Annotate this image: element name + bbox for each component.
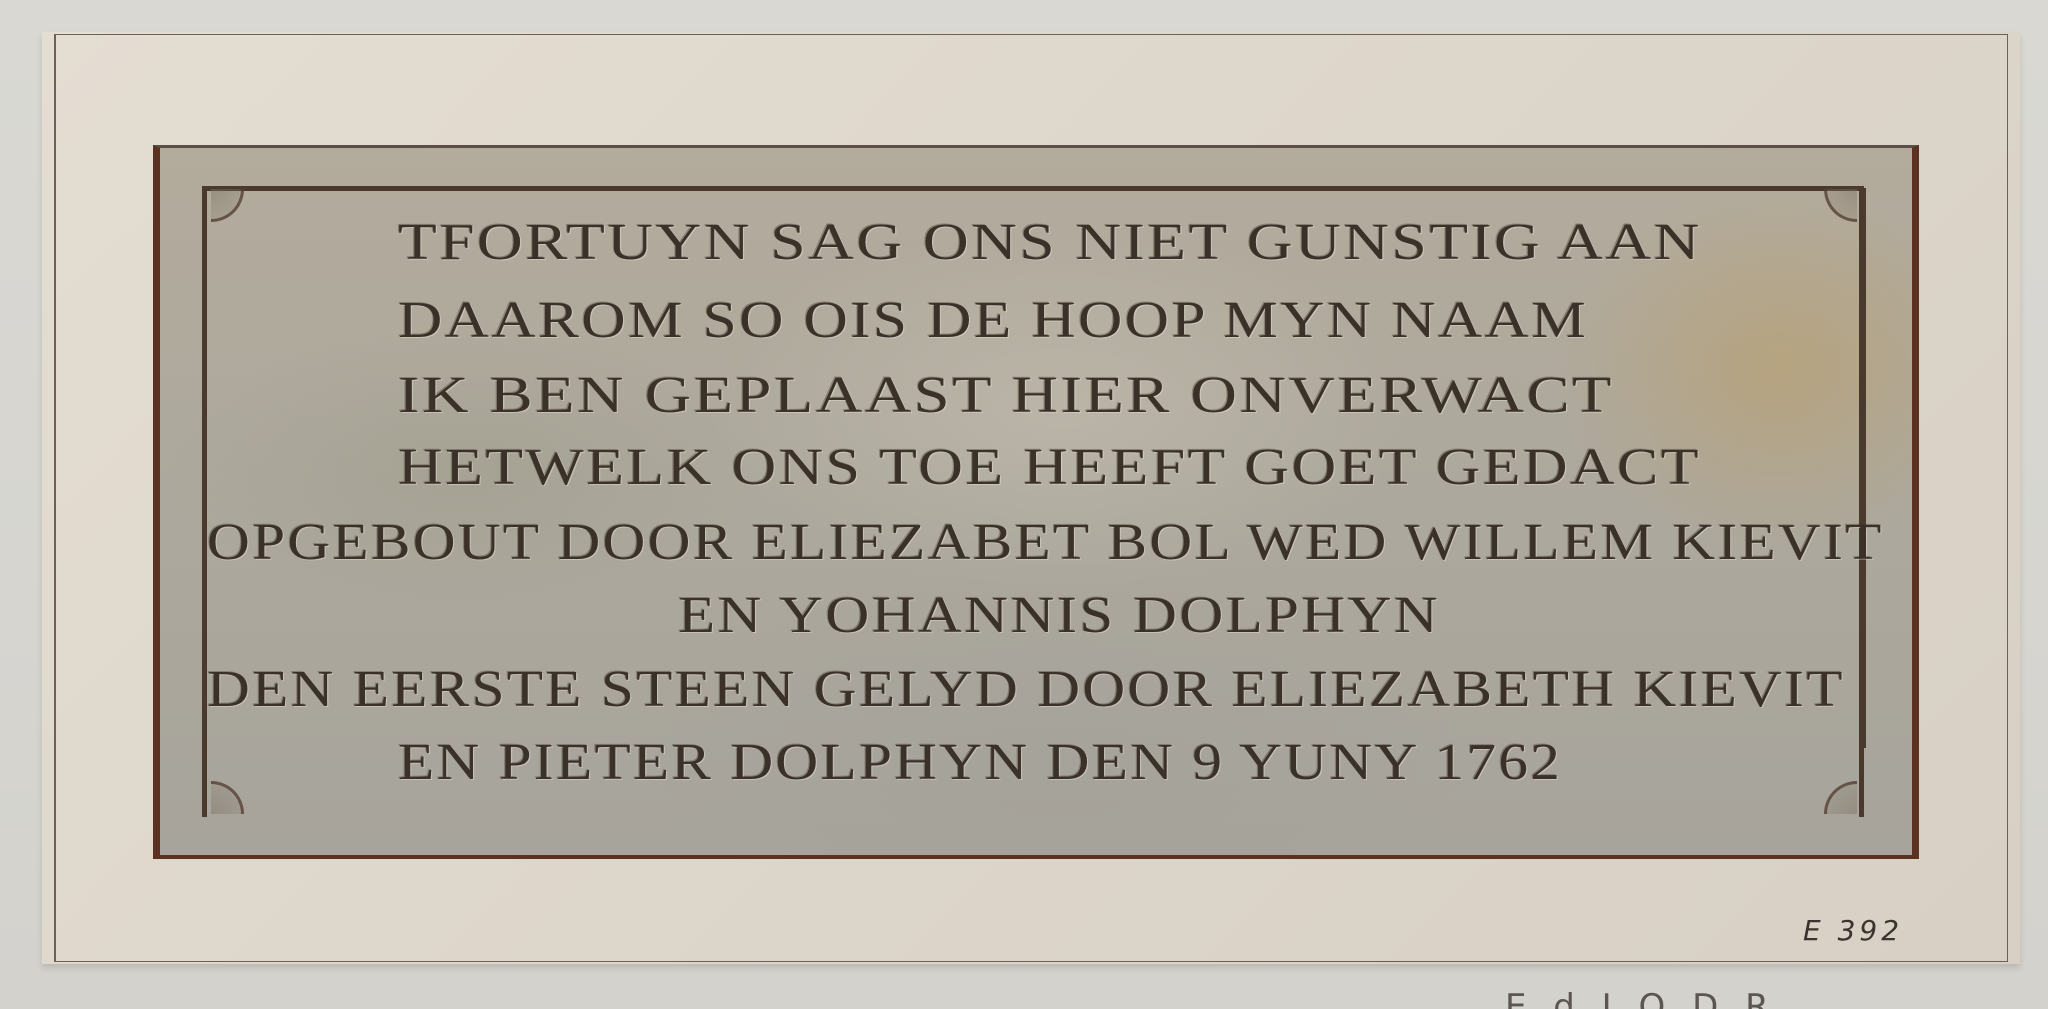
inscription: TFORTUYN SAG ONS NIET GUNSTIG AAN DAAROM… xyxy=(160,148,1912,855)
inscription-line-4: HETWELK ONS TOE HEEFT GOET GEDACT xyxy=(398,438,1701,497)
inscription-line-7: DEN EERSTE STEEN GELYD DOOR ELIEZABETH K… xyxy=(207,660,1845,719)
cutoff-handwritten-label: E.d.I.Q.D.R xyxy=(1505,988,1777,1009)
gable-stone: TFORTUYN SAG ONS NIET GUNSTIG AAN DAAROM… xyxy=(153,145,1919,859)
inscription-line-1: TFORTUYN SAG ONS NIET GUNSTIG AAN xyxy=(398,213,1702,272)
inscription-line-5: OPGEBOUT DOOR ELIEZABET BOL WED WILLEM K… xyxy=(207,513,1884,572)
inscription-line-3: IK BEN GEPLAAST HIER ONVERWACT xyxy=(398,366,1614,425)
inscription-line-8: EN PIETER DOLPHYN DEN 9 YUNY 1762 xyxy=(398,733,1562,792)
inscription-line-6: EN YOHANNIS DOLPHYN xyxy=(678,586,1440,645)
inscription-line-2: DAAROM SO OIS DE HOOP MYN NAAM xyxy=(398,291,1588,350)
accession-number: E 392 xyxy=(1803,914,1903,947)
